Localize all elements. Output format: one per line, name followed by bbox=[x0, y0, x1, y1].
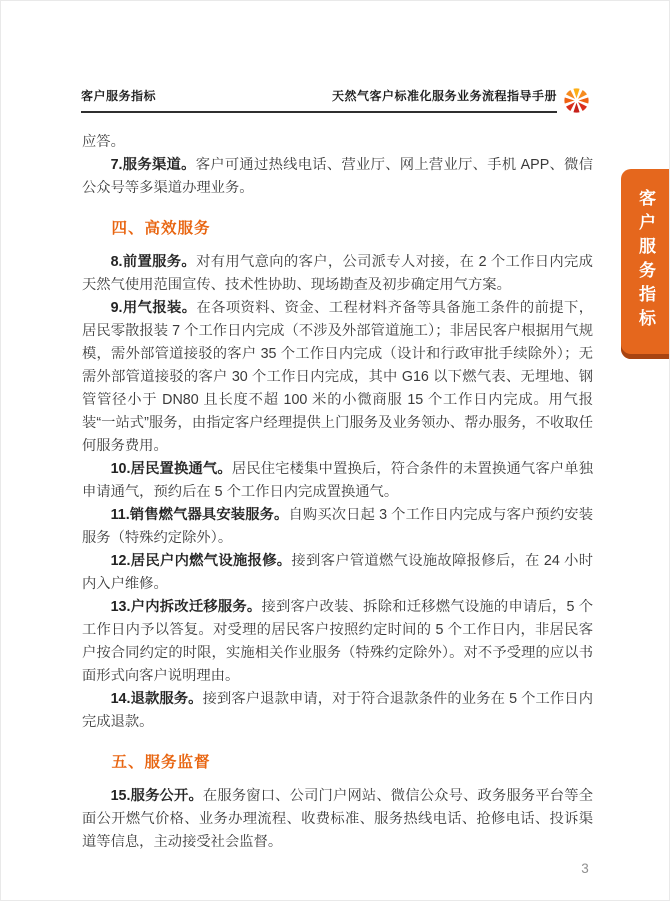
paragraph-8-label: 8.前置服务。 bbox=[111, 254, 196, 270]
paragraph-15-label: 15.服务公开。 bbox=[111, 788, 203, 804]
paragraph-13: 13.户内拆改迁移服务。接到客户改装、拆除和迁移燃气设施的申请后，5 个工作日内… bbox=[82, 596, 593, 688]
paragraph-9-text: 在各项资料、资金、工程材料齐备等具备施工条件的前提下，居民零散报装 7 个工作日… bbox=[82, 300, 593, 454]
paragraph-12-label: 12.居民户内燃气设施报修。 bbox=[111, 553, 292, 569]
paragraph-9-label: 9.用气报装。 bbox=[111, 300, 197, 316]
header-right-title: 天然气客户标准化服务业务流程指导手册 bbox=[332, 87, 557, 104]
paragraph-11-label: 11.销售燃气器具安装服务。 bbox=[111, 507, 289, 523]
side-tab-label: 客户服务指标 bbox=[633, 189, 658, 340]
paragraph-8: 8.前置服务。对有用气意向的客户，公司派专人对接，在 2 个工作日内完成天然气使… bbox=[82, 251, 593, 297]
paragraph-15: 15.服务公开。在服务窗口、公司门户网站、微信公众号、政务服务平台等全面公开燃气… bbox=[82, 785, 593, 854]
paragraph-10: 10.居民置换通气。居民住宅楼集中置换后，符合条件的未置换通气客户单独申请通气，… bbox=[82, 458, 593, 504]
header-left-title: 客户服务指标 bbox=[81, 87, 156, 104]
paragraph-continuation: 应答。 bbox=[82, 131, 593, 154]
section-heading-4: 四、高效服务 bbox=[82, 217, 593, 240]
side-tab-customer-service-indicators: 客户服务指标 bbox=[621, 169, 670, 359]
paragraph-7-label: 7.服务渠道。 bbox=[111, 157, 196, 173]
paragraph-10-label: 10.居民置换通气。 bbox=[111, 461, 232, 477]
paragraph-11: 11.销售燃气器具安装服务。自购买次日起 3 个工作日内完成与客户预约安装服务（… bbox=[82, 504, 593, 550]
paragraph-14-label: 14.退款服务。 bbox=[111, 691, 203, 707]
page-number: 3 bbox=[575, 861, 595, 876]
paragraph-13-label: 13.户内拆改迁移服务。 bbox=[111, 599, 262, 615]
section-heading-5: 五、服务监督 bbox=[82, 751, 593, 774]
body-text: 应答。 7.服务渠道。客户可通过热线电话、营业厅、网上营业厅、手机 APP、微信… bbox=[82, 131, 593, 854]
paragraph-9: 9.用气报装。在各项资料、资金、工程材料齐备等具备施工条件的前提下，居民零散报装… bbox=[82, 297, 593, 458]
petrochina-logo-icon bbox=[558, 83, 595, 118]
paragraph-14: 14.退款服务。接到客户退款申请，对于符合退款条件的业务在 5 个工作日内完成退… bbox=[82, 688, 593, 734]
paragraph-12: 12.居民户内燃气设施报修。接到客户管道燃气设施故障报修后，在 24 小时内入户… bbox=[82, 550, 593, 596]
page-header: 客户服务指标 天然气客户标准化服务业务流程指导手册 bbox=[81, 87, 557, 113]
document-page: 客户服务指标 天然气客户标准化服务业务流程指导手册 应答。 7.服务渠道。客户可… bbox=[0, 0, 670, 901]
paragraph-7: 7.服务渠道。客户可通过热线电话、营业厅、网上营业厅、手机 APP、微信公众号等… bbox=[82, 154, 593, 200]
